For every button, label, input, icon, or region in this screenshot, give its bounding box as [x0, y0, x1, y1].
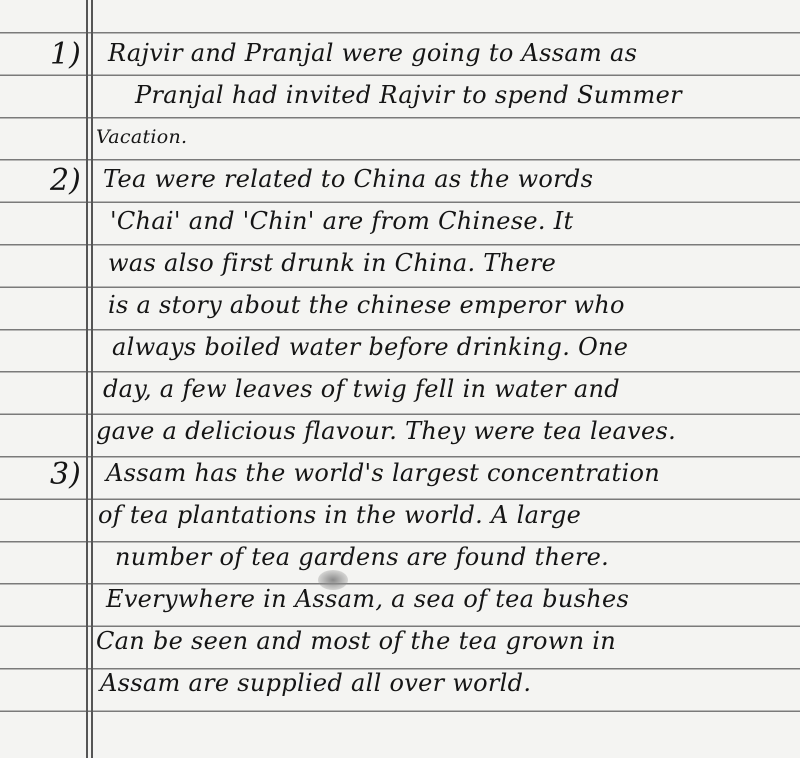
answer-2-line-5: always boiled water before drinking. One: [112, 326, 628, 368]
answer-2-line-6: day, a few leaves of twig fell in water …: [103, 368, 620, 410]
answer-3-line-4: Everywhere in Assam, a sea of tea bushes: [106, 578, 629, 620]
answer-1-line-2: Pranjal had invited Rajvir to spend Summ…: [135, 74, 682, 116]
margin-line: [91, 0, 93, 758]
answer-2-line-7: gave a delicious flavour. They were tea …: [96, 410, 676, 452]
answer-2-line-4: is a story about the chinese emperor who: [108, 284, 625, 326]
answer-number-3: 3): [50, 454, 81, 496]
margin-line: [86, 0, 88, 758]
answer-3-line-2: of tea plantations in the world. A large: [98, 494, 581, 536]
answer-number-1: 1): [50, 34, 81, 76]
answer-number-2: 2): [50, 160, 81, 202]
answer-2-line-1: Tea were related to China as the words: [103, 158, 593, 200]
answer-2-line-2: 'Chai' and 'Chin' are from Chinese. It: [110, 200, 573, 242]
answer-3-line-5: Can be seen and most of the tea grown in: [96, 620, 616, 662]
answer-3-line-6: Assam are supplied all over world.: [100, 662, 531, 704]
answer-1-line-1: Rajvir and Pranjal were going to Assam a…: [108, 32, 637, 74]
answer-3-line-3: number of tea gardens are found there.: [115, 536, 609, 578]
answer-2-line-3: was also first drunk in China. There: [108, 242, 556, 284]
ink-smudge: [318, 570, 348, 590]
answer-3-line-1: Assam has the world's largest concentrat…: [106, 452, 660, 494]
answer-1-line-3: Vacation.: [96, 116, 187, 158]
